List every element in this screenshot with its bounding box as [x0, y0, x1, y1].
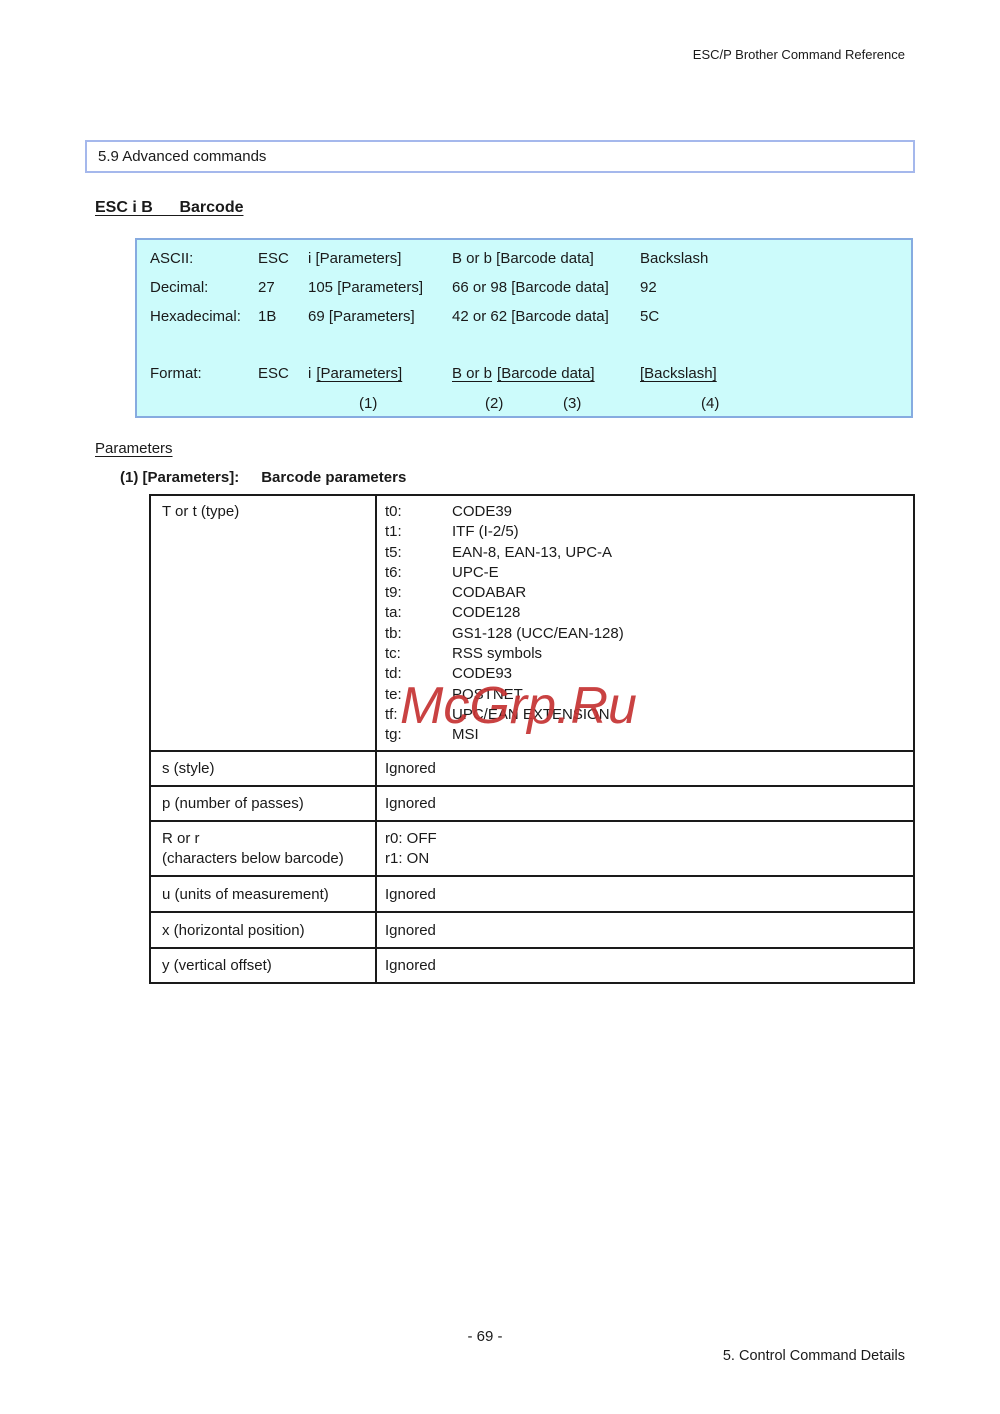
param-name: s (style)	[150, 751, 376, 786]
parameters-heading: Parameters	[95, 440, 173, 457]
param-name: R or r (characters below barcode)	[150, 821, 376, 876]
format-backslash: [Backslash]	[640, 365, 905, 382]
command-heading: ESC i B Barcode	[95, 199, 243, 217]
watermark: McGrp.Ru	[400, 676, 637, 736]
type-entry: t1:ITF (I-2/5)	[385, 522, 913, 542]
section-title: 5.9 Advanced commands	[98, 148, 266, 165]
hexadecimal-esc: 1B	[258, 308, 308, 325]
document-page: ESC/P Brother Command Reference 5.9 Adva…	[0, 0, 1000, 1414]
format-esc: ESC	[258, 365, 308, 382]
parameters-subheading: (1) [Parameters]:Barcode parameters	[120, 469, 406, 486]
type-entry: tc:RSS symbols	[385, 644, 913, 664]
format-label: Format:	[150, 365, 258, 382]
table-row-vertical: y (vertical offset) Ignored	[150, 948, 914, 983]
ascii-backslash: Backslash	[640, 250, 905, 267]
index-2: (2)	[485, 395, 503, 412]
header-title: ESC/P Brother Command Reference	[693, 47, 905, 62]
param-value: Ignored	[376, 948, 914, 983]
param-value: r0: OFF r1: ON	[376, 821, 914, 876]
param-name: u (units of measurement)	[150, 876, 376, 912]
param-value: Ignored	[376, 751, 914, 786]
decimal-row: Decimal: 27 105 [Parameters] 66 or 98 [B…	[150, 279, 905, 296]
index-3: (3)	[563, 395, 581, 412]
ascii-row: ASCII: ESC i [Parameters] B or b [Barcod…	[150, 250, 905, 267]
hexadecimal-barcode-data: 42 or 62 [Barcode data]	[452, 308, 640, 325]
parameters-subheading-title: Barcode parameters	[261, 469, 406, 486]
format-index-row: (1) (2) (3) (4)	[137, 395, 911, 415]
hexadecimal-row: Hexadecimal: 1B 69 [Parameters] 42 or 62…	[150, 308, 905, 325]
type-entry: ta:CODE128	[385, 603, 913, 623]
footer-chapter: 5. Control Command Details	[723, 1348, 905, 1364]
index-1: (1)	[359, 395, 377, 412]
param-name: p (number of passes)	[150, 786, 376, 821]
param-value: Ignored	[376, 912, 914, 948]
hexadecimal-parameters: 69 [Parameters]	[308, 308, 452, 325]
barcode-parameters-table: T or t (type) t0:CODE39 t1:ITF (I-2/5) t…	[149, 494, 915, 984]
param-name: y (vertical offset)	[150, 948, 376, 983]
format-barcode-data: B or b[Barcode data]	[452, 365, 640, 382]
type-entry: tb:GS1-128 (UCC/EAN-128)	[385, 624, 913, 644]
table-row-style: s (style) Ignored	[150, 751, 914, 786]
ascii-parameters: i [Parameters]	[308, 250, 452, 267]
table-row-units: u (units of measurement) Ignored	[150, 876, 914, 912]
table-row-passes: p (number of passes) Ignored	[150, 786, 914, 821]
format-row: Format: ESC i[Parameters] B or b[Barcode…	[150, 365, 905, 382]
table-row-readable: R or r (characters below barcode) r0: OF…	[150, 821, 914, 876]
format-backslash-underlined: [Backslash]	[640, 365, 717, 382]
decimal-parameters: 105 [Parameters]	[308, 279, 452, 296]
param-name: T or t (type)	[150, 495, 376, 751]
table-row-horizontal: x (horizontal position) Ignored	[150, 912, 914, 948]
param-value: Ignored	[376, 786, 914, 821]
format-parameters-underlined: [Parameters]	[316, 365, 402, 382]
section-title-box: 5.9 Advanced commands	[85, 140, 915, 173]
ascii-label: ASCII:	[150, 250, 258, 267]
format-parameters: i[Parameters]	[308, 365, 452, 382]
format-b-or-b: B or b	[452, 365, 492, 382]
ascii-barcode-data: B or b [Barcode data]	[452, 250, 640, 267]
decimal-barcode-data: 66 or 98 [Barcode data]	[452, 279, 640, 296]
index-4: (4)	[701, 395, 719, 412]
parameters-subheading-label: (1) [Parameters]:	[120, 469, 239, 486]
decimal-esc: 27	[258, 279, 308, 296]
hexadecimal-label: Hexadecimal:	[150, 308, 258, 325]
type-entry: t6:UPC-E	[385, 563, 913, 583]
format-barcode-data-underlined: [Barcode data]	[497, 365, 595, 382]
hexadecimal-backslash: 5C	[640, 308, 905, 325]
param-value: Ignored	[376, 876, 914, 912]
decimal-label: Decimal:	[150, 279, 258, 296]
type-entry: t9:CODABAR	[385, 583, 913, 603]
ascii-esc: ESC	[258, 250, 308, 267]
type-entry: t5:EAN-8, EAN-13, UPC-A	[385, 543, 913, 563]
command-syntax-box: ASCII: ESC i [Parameters] B or b [Barcod…	[135, 238, 913, 418]
type-entry: t0:CODE39	[385, 502, 913, 522]
format-i: i	[308, 365, 311, 382]
decimal-backslash: 92	[640, 279, 905, 296]
param-name: x (horizontal position)	[150, 912, 376, 948]
page-number: - 69 -	[0, 1328, 970, 1345]
